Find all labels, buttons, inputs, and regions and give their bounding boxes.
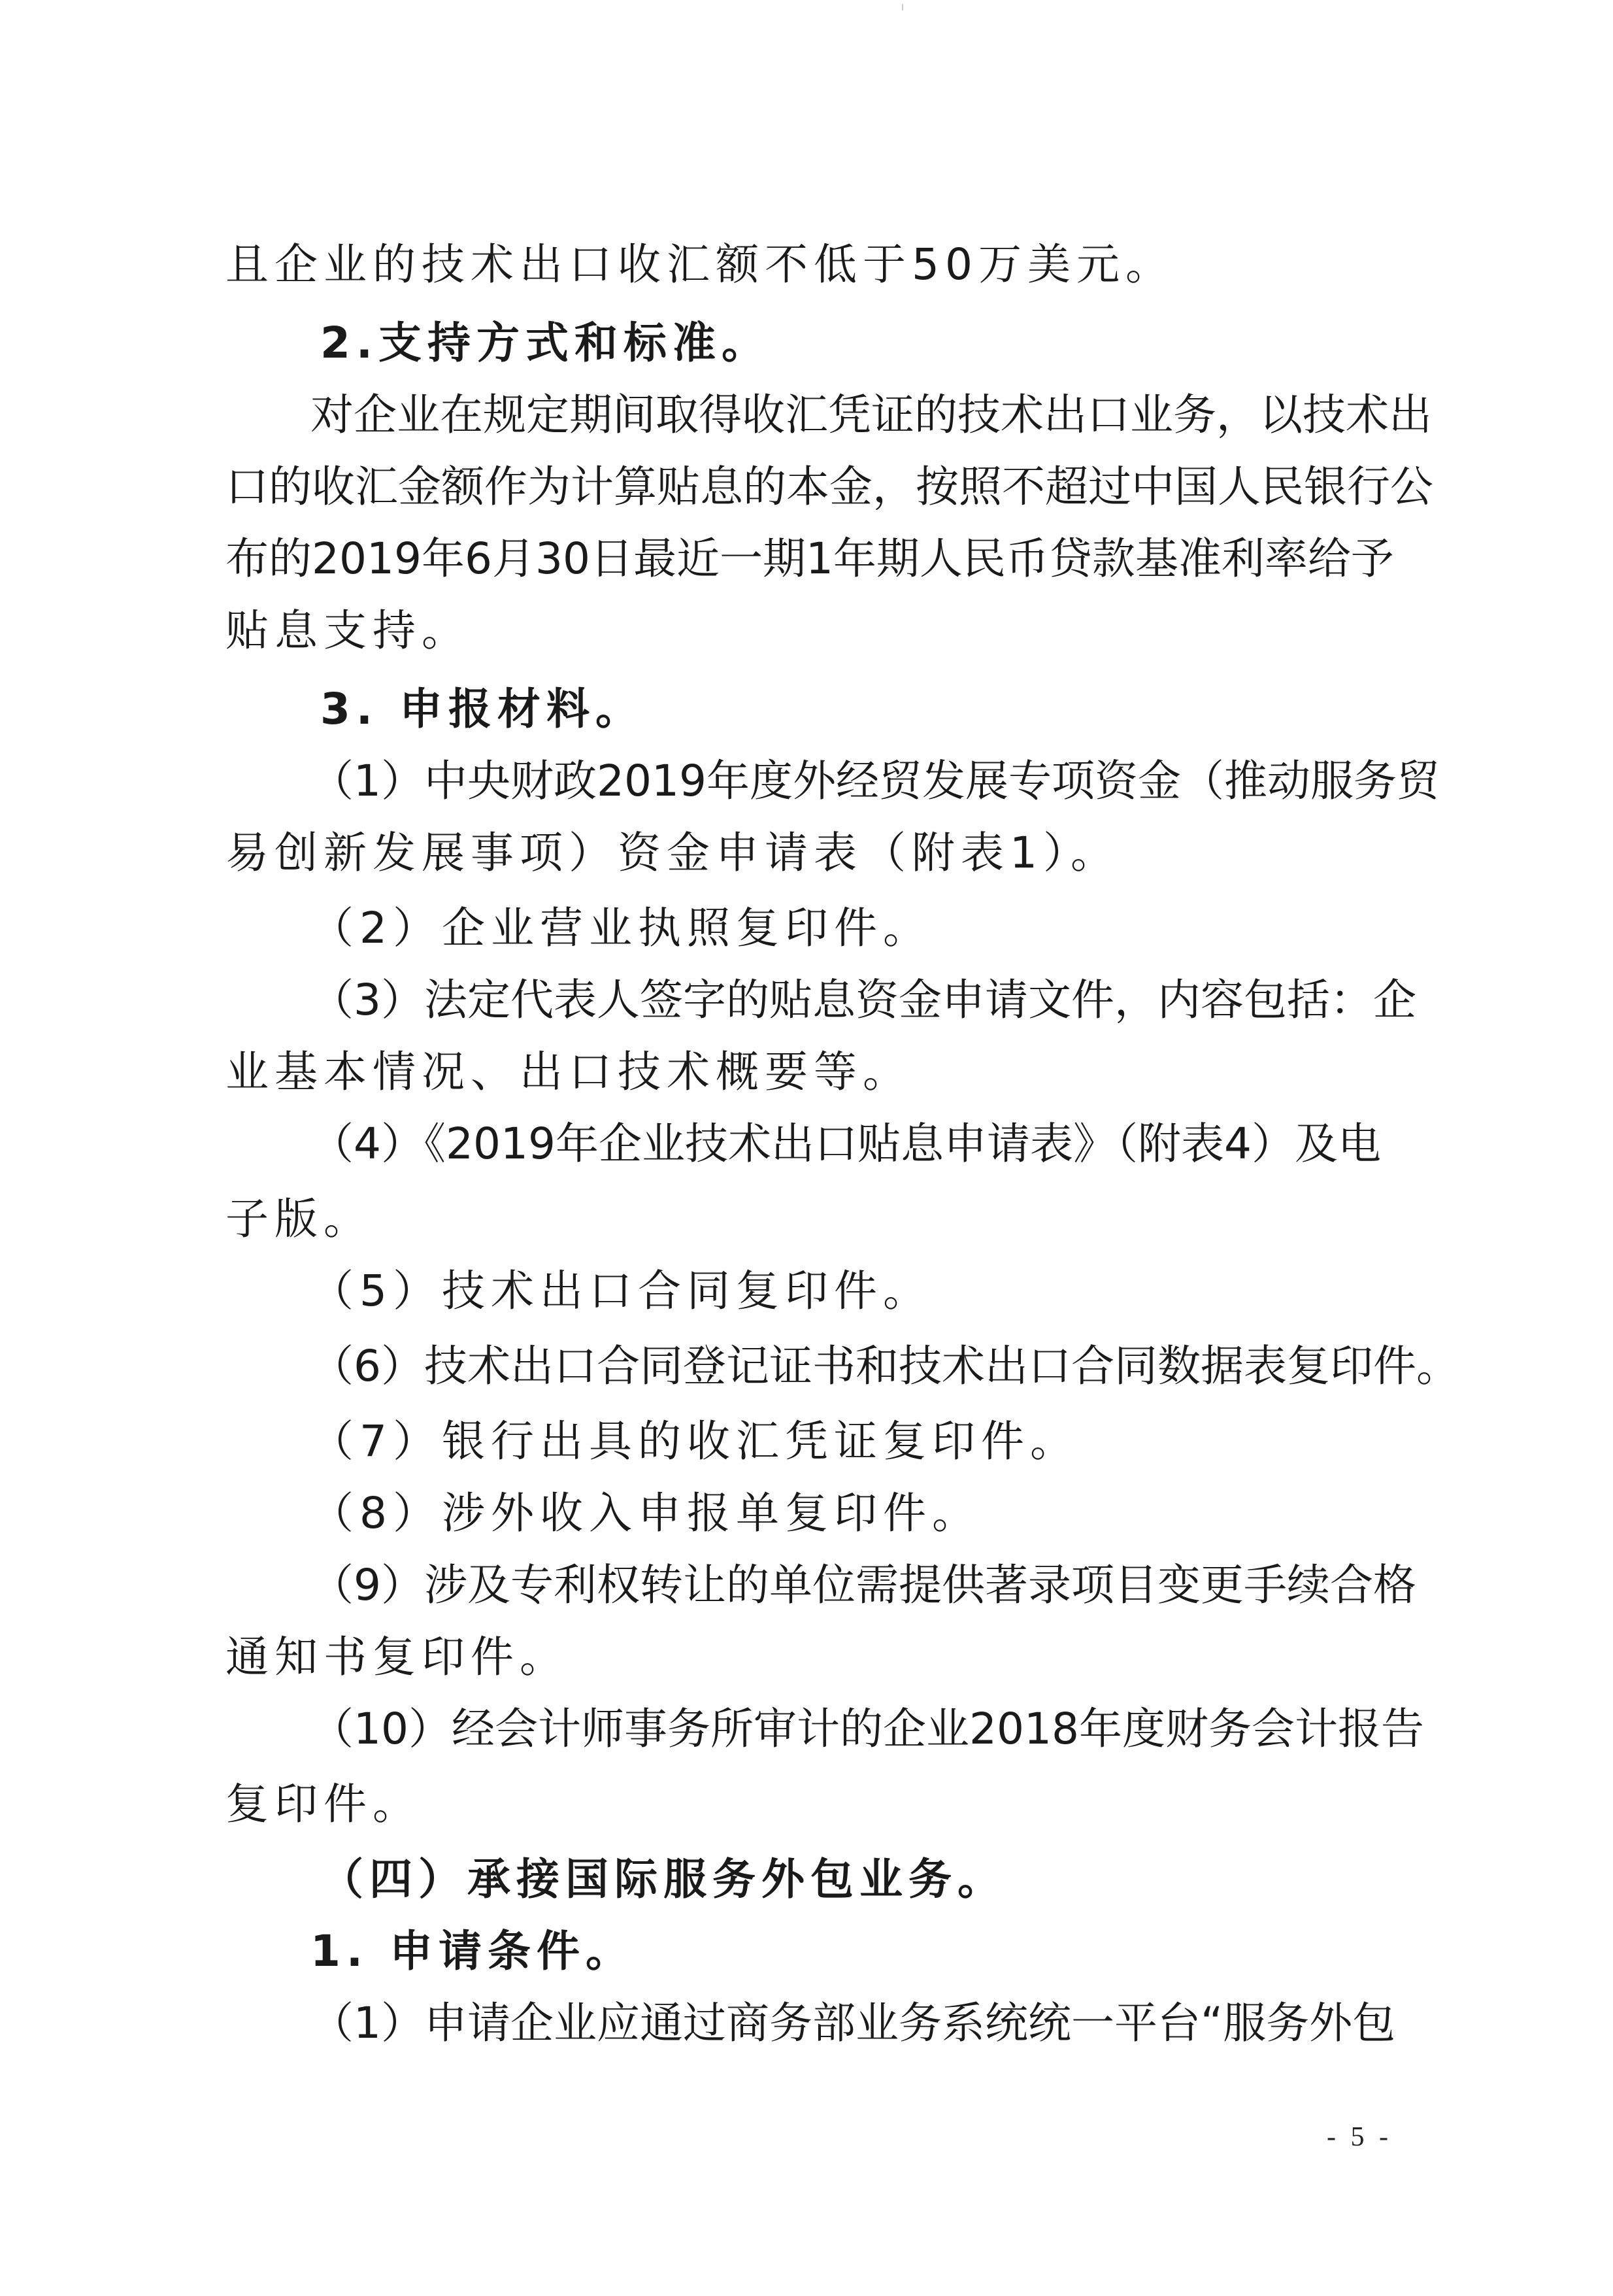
list-item-4: （4）《2019年企业技术出口贴息申请表》（附表4）及电	[310, 1111, 1376, 1177]
paragraph-line: 布的2019年6月30日最近一期1年期人民币贷款基准利率给予	[225, 526, 1376, 592]
paragraph-line: 对企业在规定期间取得收汇凭证的技术出口业务，以技术出	[310, 382, 1376, 448]
list-item-9-cont: 通知书复印件。	[225, 1625, 1376, 1690]
list-item-3: （3）法定代表人签字的贴息资金申请文件，内容包括：企	[310, 968, 1376, 1033]
list-item-7: （7）银行出具的收汇凭证复印件。	[310, 1409, 1376, 1474]
list-item-8: （8）涉外收入申报单复印件。	[310, 1481, 1376, 1546]
page-number: - 5 -	[1327, 2121, 1392, 2153]
document-page: 且企业的技术出口收汇额不低于50万美元。 2.支持方式和标准。 对企业在规定期间…	[0, 0, 1613, 2296]
list-item-10-cont: 复印件。	[225, 1772, 1376, 1837]
list-item-9: （9）涉及专利权转让的单位需提供著录项目变更手续合格	[310, 1553, 1376, 1618]
paragraph-line: 口的收汇金额作为计算贴息的本金，按照不超过中国人民银行公	[225, 454, 1376, 520]
scan-artifact	[902, 4, 903, 10]
list-item-6: （6）技术出口合同登记证书和技术出口合同数据表复印件。	[310, 1334, 1376, 1399]
list-item-1: （1）中央财政2019年度外经贸发展专项资金（推动服务贸	[310, 749, 1376, 814]
list-item-4-cont: 子版。	[225, 1187, 1376, 1252]
list-item-3-cont: 业基本情况、出口技术概要等。	[225, 1039, 1376, 1105]
list-item-5: （5）技术出口合同复印件。	[310, 1258, 1376, 1324]
list-item-10: （10）经会计师事务所审计的企业2018年度财务会计报告	[310, 1697, 1376, 1762]
section-heading-outsourcing: （四）承接国际服务外包业务。	[320, 1847, 1471, 1912]
list-item-2: （2）企业营业执照复印件。	[310, 896, 1376, 961]
paragraph-line: （1）申请企业应通过商务部业务系统统一平台“服务外包	[310, 1991, 1376, 2056]
list-item-1-cont: 易创新发展事项）资金申请表（附表1）。	[225, 820, 1376, 886]
subheading-support-method: 2.支持方式和标准。	[320, 311, 1471, 376]
subheading-application-conditions: 1. 申请条件。	[310, 1919, 1461, 1984]
paragraph-line: 贴息支持。	[225, 598, 1376, 664]
subheading-application-materials: 3. 申报材料。	[320, 677, 1471, 742]
paragraph-line: 且企业的技术出口收汇额不低于50万美元。	[225, 232, 1376, 297]
